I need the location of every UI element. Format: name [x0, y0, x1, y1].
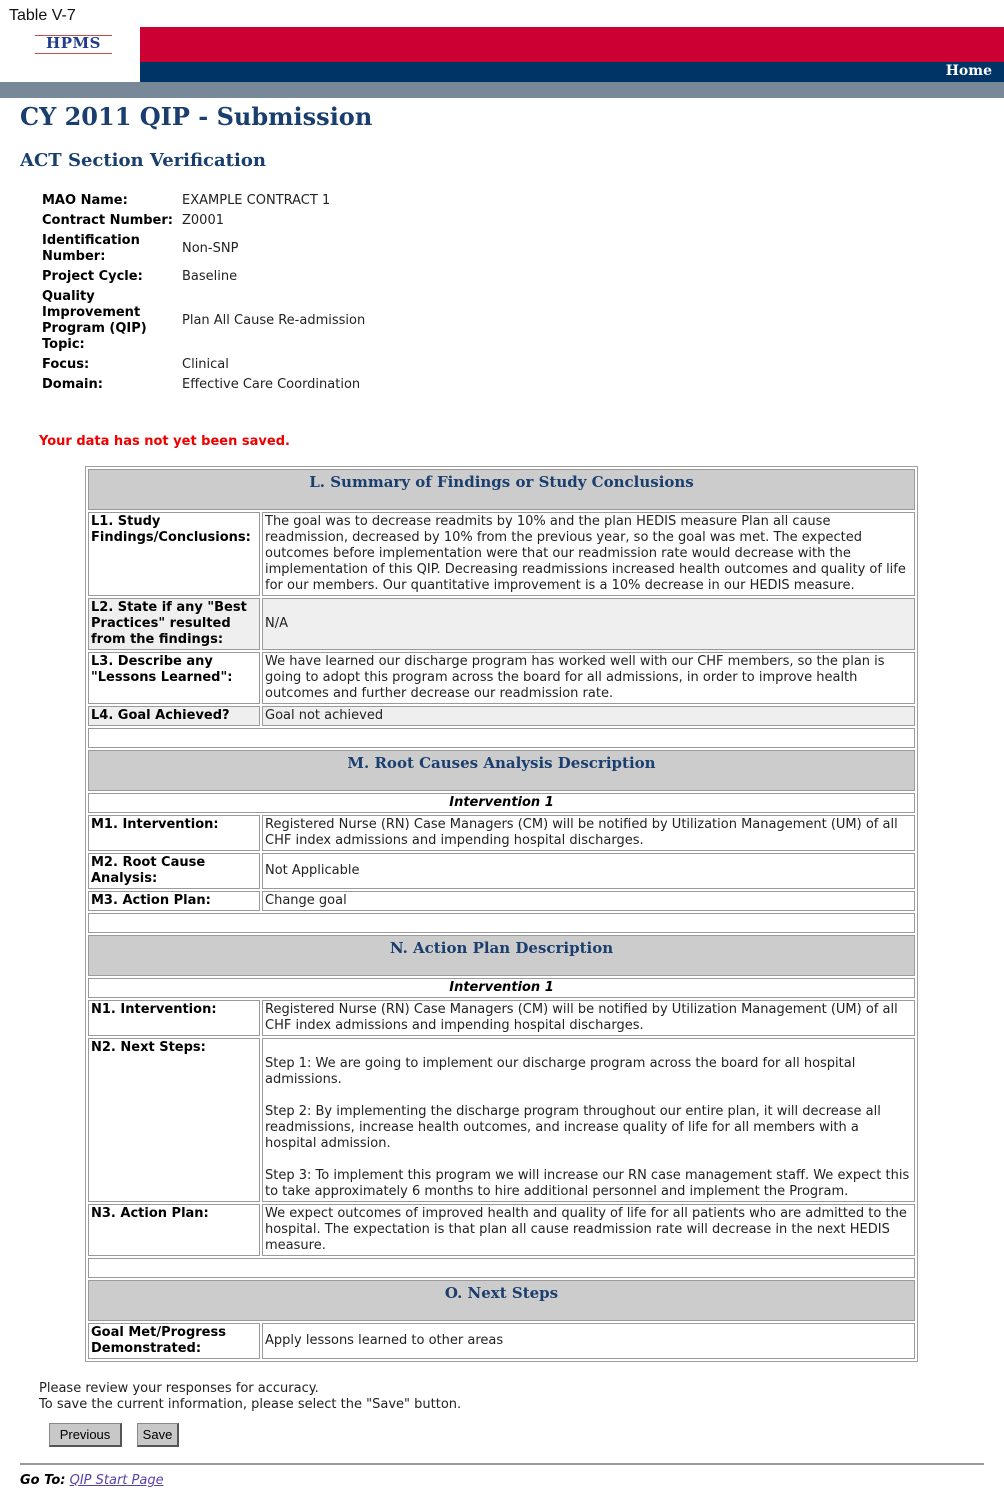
row-label: N3. Action Plan:: [88, 1204, 260, 1256]
table-row: L1. Study Findings/Conclusions: The goal…: [88, 512, 915, 596]
section-header-o: O. Next Steps: [88, 1280, 915, 1321]
info-label: Contract Number:: [40, 211, 180, 231]
section-title: ACT Section Verification: [20, 150, 266, 171]
info-row: Domain: Effective Care Coordination: [40, 375, 367, 395]
row-value: Goal not achieved: [262, 706, 915, 726]
table-row: N2. Next Steps: Step 1: We are going to …: [88, 1038, 915, 1202]
divider: [20, 1463, 984, 1465]
info-label: Focus:: [40, 355, 180, 375]
header-gray-band: [0, 82, 1004, 98]
row-value: We have learned our discharge program ha…: [262, 652, 915, 704]
review-line-1: Please review your responses for accurac…: [39, 1381, 461, 1397]
header: HPMS Home: [0, 0, 1004, 97]
section-header-l: L. Summary of Findings or Study Conclusi…: [88, 469, 915, 510]
row-label: L4. Goal Achieved?: [88, 706, 260, 726]
info-row: Identification Number: Non-SNP: [40, 231, 367, 267]
unsaved-warning: Your data has not yet been saved.: [39, 434, 290, 449]
table-row: M3. Action Plan: Change goal: [88, 891, 915, 911]
row-label: L3. Describe any "Lessons Learned":: [88, 652, 260, 704]
qip-start-page-link[interactable]: QIP Start Page: [70, 1473, 164, 1488]
row-label: N2. Next Steps:: [88, 1038, 260, 1202]
previous-button[interactable]: Previous: [49, 1423, 122, 1447]
info-row: MAO Name: EXAMPLE CONTRACT 1: [40, 191, 367, 211]
intervention-heading: Intervention 1: [88, 793, 915, 813]
info-label: Domain:: [40, 375, 180, 395]
info-row: Contract Number: Z0001: [40, 211, 367, 231]
step-text: Step 1: We are going to implement our di…: [265, 1056, 912, 1088]
intervention-heading: Intervention 1: [88, 978, 915, 998]
step-text: Step 2: By implementing the discharge pr…: [265, 1104, 912, 1152]
row-value: Registered Nurse (RN) Case Managers (CM)…: [262, 1000, 915, 1036]
info-label: Identification Number:: [40, 231, 180, 267]
table-row: N1. Intervention: Registered Nurse (RN) …: [88, 1000, 915, 1036]
verification-table: L. Summary of Findings or Study Conclusi…: [85, 466, 918, 1362]
row-value: Change goal: [262, 891, 915, 911]
contract-info-table: MAO Name: EXAMPLE CONTRACT 1 Contract Nu…: [40, 191, 367, 395]
row-value: Not Applicable: [262, 853, 915, 889]
info-label: MAO Name:: [40, 191, 180, 211]
section-header-n: N. Action Plan Description: [88, 935, 915, 976]
row-value: Apply lessons learned to other areas: [262, 1323, 915, 1359]
row-label: M3. Action Plan:: [88, 891, 260, 911]
table-row: L2. State if any "Best Practices" result…: [88, 598, 915, 650]
info-value: Z0001: [180, 211, 367, 231]
table-row: L3. Describe any "Lessons Learned": We h…: [88, 652, 915, 704]
info-row: Focus: Clinical: [40, 355, 367, 375]
row-value: We expect outcomes of improved health an…: [262, 1204, 915, 1256]
row-label: L2. State if any "Best Practices" result…: [88, 598, 260, 650]
review-line-2: To save the current information, please …: [39, 1397, 461, 1413]
info-value: Non-SNP: [180, 231, 367, 267]
row-label: M1. Intervention:: [88, 815, 260, 851]
page-title: CY 2011 QIP - Submission: [20, 102, 372, 131]
save-button[interactable]: Save: [137, 1423, 179, 1447]
row-value: Registered Nurse (RN) Case Managers (CM)…: [262, 815, 915, 851]
table-row: Goal Met/Progress Demonstrated: Apply le…: [88, 1323, 915, 1359]
row-value: N/A: [262, 598, 915, 650]
next-steps-value: Step 1: We are going to implement our di…: [262, 1038, 915, 1202]
row-label: M2. Root Cause Analysis:: [88, 853, 260, 889]
spacer-row: [88, 1258, 915, 1278]
row-label: Goal Met/Progress Demonstrated:: [88, 1323, 260, 1359]
info-label: Project Cycle:: [40, 267, 180, 287]
table-row: M1. Intervention: Registered Nurse (RN) …: [88, 815, 915, 851]
info-row: Quality Improvement Program (QIP) Topic:…: [40, 287, 367, 355]
info-label: Quality Improvement Program (QIP) Topic:: [40, 287, 180, 355]
header-red-band: [140, 27, 1004, 62]
info-value: Plan All Cause Re-admission: [180, 287, 367, 355]
section-header-m: M. Root Causes Analysis Description: [88, 750, 915, 791]
table-row: L4. Goal Achieved? Goal not achieved: [88, 706, 915, 726]
info-value: Effective Care Coordination: [180, 375, 367, 395]
info-value: Clinical: [180, 355, 367, 375]
row-label: L1. Study Findings/Conclusions:: [88, 512, 260, 596]
spacer-row: [88, 913, 915, 933]
spacer-row: [88, 728, 915, 748]
goto-footer: Go To: QIP Start Page: [20, 1473, 164, 1488]
step-text: Step 3: To implement this program we wil…: [265, 1168, 912, 1200]
row-value: The goal was to decrease readmits by 10%…: [262, 512, 915, 596]
info-value: EXAMPLE CONTRACT 1: [180, 191, 367, 211]
home-link[interactable]: Home: [946, 63, 992, 79]
hpms-logo[interactable]: HPMS: [35, 33, 112, 55]
info-value: Baseline: [180, 267, 367, 287]
table-row: M2. Root Cause Analysis: Not Applicable: [88, 853, 915, 889]
goto-label: Go To:: [20, 1473, 65, 1488]
review-instructions: Please review your responses for accurac…: [39, 1381, 461, 1413]
header-navy-band: [140, 62, 1004, 82]
info-row: Project Cycle: Baseline: [40, 267, 367, 287]
row-label: N1. Intervention:: [88, 1000, 260, 1036]
table-row: N3. Action Plan: We expect outcomes of i…: [88, 1204, 915, 1256]
